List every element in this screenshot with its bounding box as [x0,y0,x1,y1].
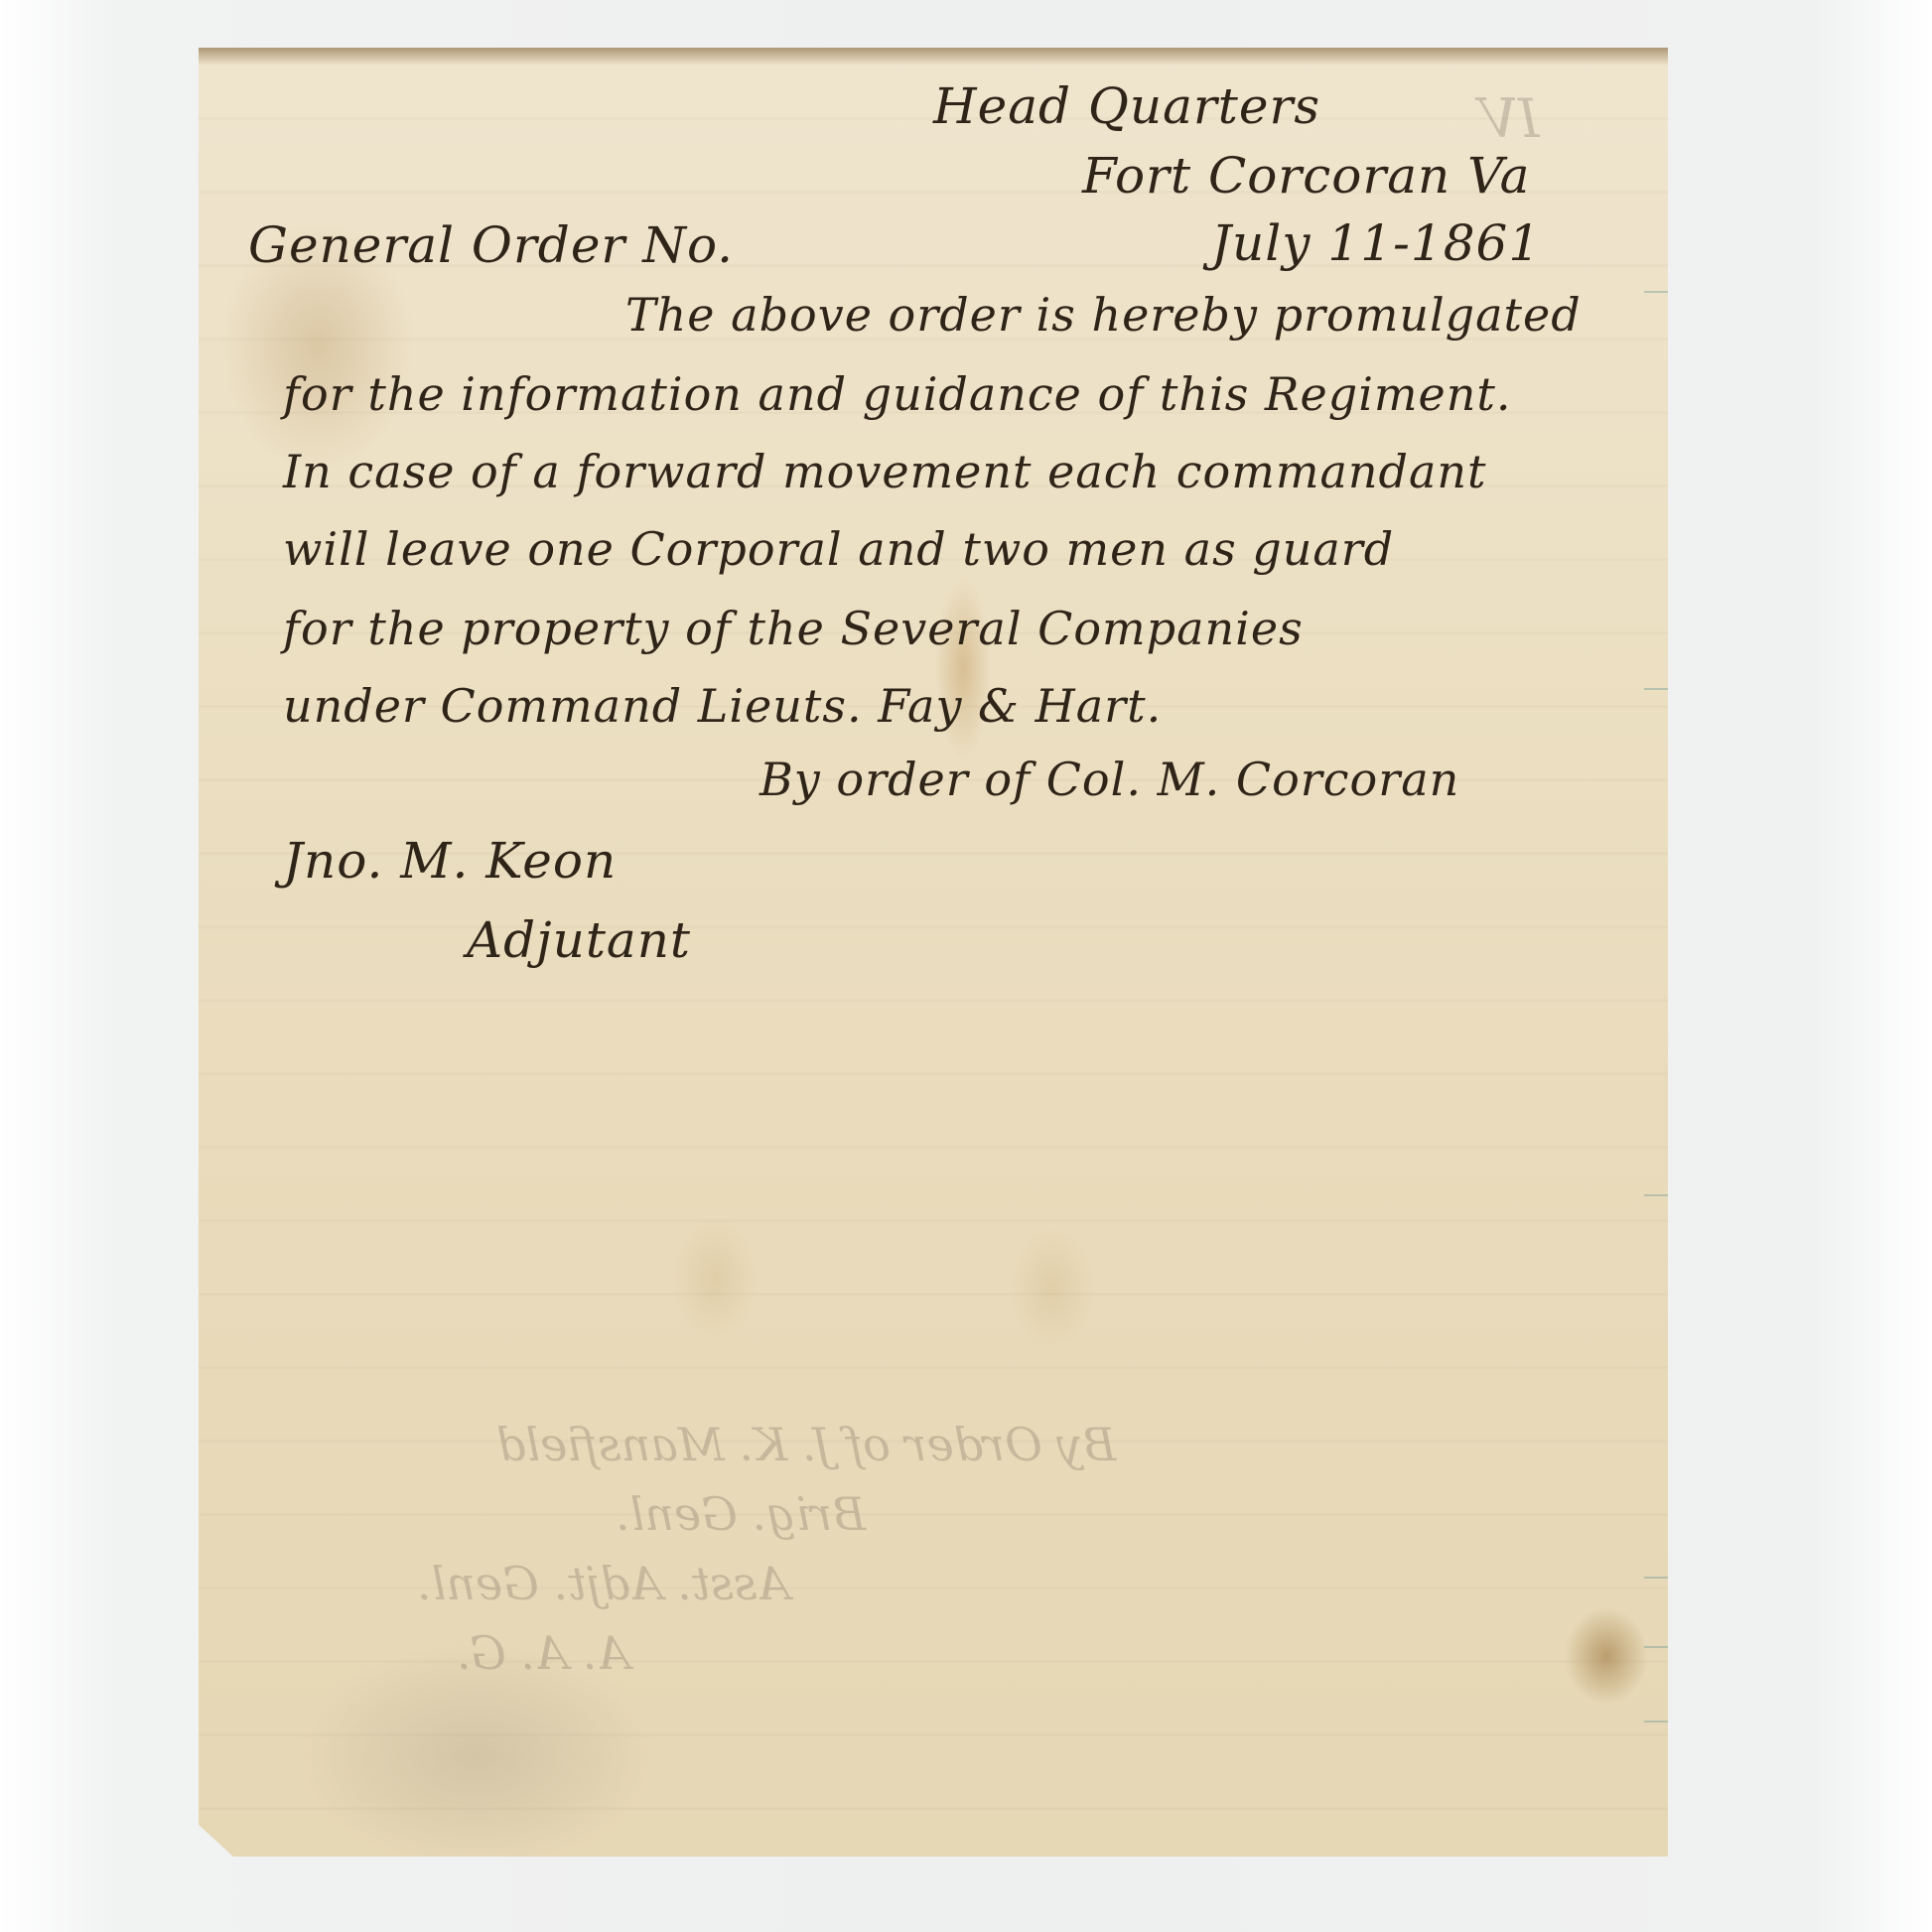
signature-title: Adjutant [467,911,691,969]
bleed-text-line: Brig. Genl. [616,1487,866,1541]
body-line: In case of a forward movement each comma… [283,445,1487,498]
ruled-margin-mark [1644,1194,1668,1196]
ruled-margin-mark [1644,1577,1668,1579]
body-line: for the property of the Several Companie… [283,602,1304,655]
order-title: General Order No. [248,216,734,274]
body-line: under Command Lieuts. Fay & Hart. [283,679,1162,733]
header-date: July 11-1861 [1211,214,1541,272]
signature-name: Jno. M. Keon [283,832,617,890]
header-location-line2: Fort Corcoran Va [1082,147,1530,205]
body-line: The above order is hereby promulgated [625,288,1582,342]
document-page: IV By Order of J. K. Mansfield Brig. Gen… [199,48,1668,1857]
bleed-text-line: Asst. Adjt. Genl. [417,1557,790,1610]
authority-line: By order of Col. M. Corcoran [759,753,1459,806]
ruled-margin-mark [1644,1646,1668,1648]
ruled-margin-mark [1644,1721,1668,1723]
bleed-text-line: By Order of J. K. Mansfield [496,1418,1116,1471]
ruled-margin-mark [1644,291,1668,293]
body-line: for the information and guidance of this… [283,367,1512,421]
bleed-text-line: A. A. G. [457,1626,630,1680]
header-location-line1: Head Quarters [933,77,1320,135]
ruled-margin-mark [1644,688,1668,690]
body-line: will leave one Corporal and two men as g… [283,522,1394,576]
bleed-corner-mark: IV [1479,87,1539,150]
